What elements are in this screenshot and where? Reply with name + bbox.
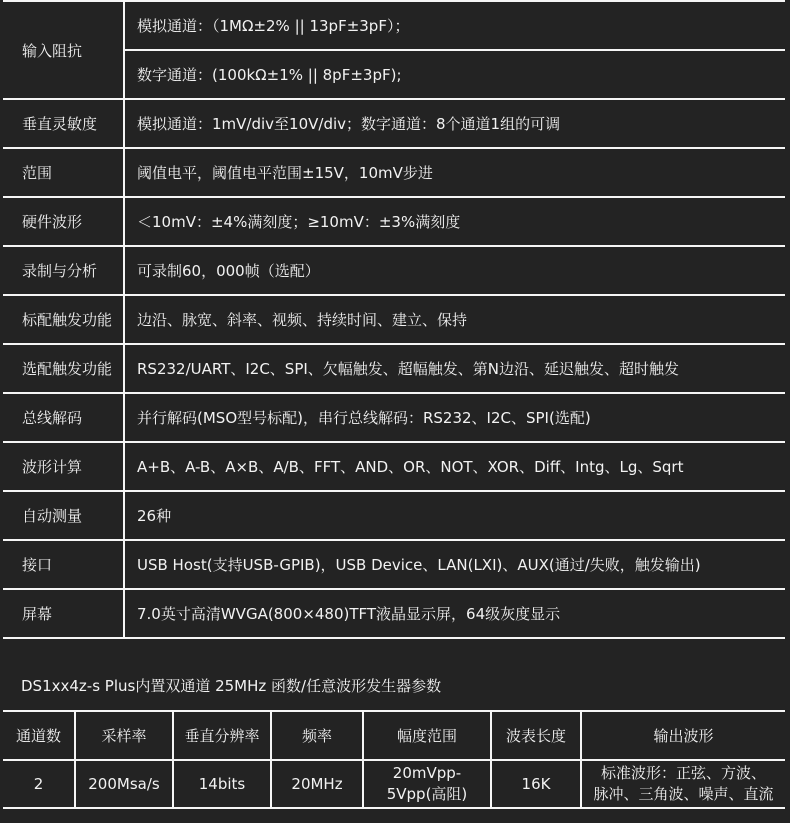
header-frequency: 频率	[271, 711, 363, 760]
header-amplitude-range: 幅度范围	[363, 711, 491, 760]
table-row: 硬件波形 ＜10mV：±4%满刻度；≥10mV：±3%满刻度	[3, 197, 785, 246]
output-line-2: 脉冲、三角波、噪声、直流	[582, 784, 785, 805]
spec-key: 接口	[3, 540, 124, 589]
spec-key: 总线解码	[3, 393, 124, 442]
spec-key: 屏幕	[3, 589, 124, 638]
spec-key: 标配触发功能	[3, 295, 124, 344]
spec-value: 阈值电平，阈值电平范围±15V，10mV步进	[124, 148, 785, 197]
spec-value: 数字通道：(100kΩ±1% || 8pF±3pF);	[124, 50, 785, 99]
output-line-1: 标准波形：正弦、方波、	[582, 763, 785, 784]
table-row: 屏幕 7.0英寸高清WVGA(800×480)TFT液晶显示屏，64级灰度显示	[3, 589, 785, 638]
spec-value: 26种	[124, 491, 785, 540]
spec-value: 并行解码(MSO型号标配)，串行总线解码：RS232、I2C、SPI(选配)	[124, 393, 785, 442]
table-row: 范围 阈值电平，阈值电平范围±15V，10mV步进	[3, 148, 785, 197]
generator-table: 通道数 采样率 垂直分辨率 频率 幅度范围 波表长度 输出波形 2 200Msa…	[3, 710, 785, 809]
table-header-row: 通道数 采样率 垂直分辨率 频率 幅度范围 波表长度 输出波形	[3, 711, 785, 760]
spec-value: 边沿、脉宽、斜率、视频、持续时间、建立、保持	[124, 295, 785, 344]
spec-table: 输入阻抗 模拟通道：（1MΩ±2% || 13pF±3pF）； 数字通道：(10…	[3, 0, 785, 639]
spec-key: 硬件波形	[3, 197, 124, 246]
spec-key: 录制与分析	[3, 246, 124, 295]
table-row: 总线解码 并行解码(MSO型号标配)，串行总线解码：RS232、I2C、SPI(…	[3, 393, 785, 442]
table-row: 接口 USB Host(支持USB-GPIB)，USB Device、LAN(L…	[3, 540, 785, 589]
spec-key: 垂直灵敏度	[3, 99, 124, 148]
spec-value: 7.0英寸高清WVGA(800×480)TFT液晶显示屏，64级灰度显示	[124, 589, 785, 638]
header-channels: 通道数	[3, 711, 75, 760]
table-row: 自动测量 26种	[3, 491, 785, 540]
header-waveform-length: 波表长度	[491, 711, 581, 760]
table-row: 波形计算 A+B、A-B、A×B、A/B、FFT、AND、OR、NOT、XOR、…	[3, 442, 785, 491]
table-row: 输入阻抗 模拟通道：（1MΩ±2% || 13pF±3pF）；	[3, 1, 785, 50]
spec-value: RS232/UART、I2C、SPI、欠幅触发、超幅触发、第N边沿、延迟触发、超…	[124, 344, 785, 393]
spec-value: ＜10mV：±4%满刻度；≥10mV：±3%满刻度	[124, 197, 785, 246]
amplitude-line-1: 20mVpp-	[364, 763, 490, 784]
cell-output-waveform: 标准波形：正弦、方波、 脉冲、三角波、噪声、直流	[581, 760, 785, 808]
table-row: 录制与分析 可录制60，000帧（选配）	[3, 246, 785, 295]
spec-value: 模拟通道：（1MΩ±2% || 13pF±3pF）；	[124, 1, 785, 50]
table-row: 垂直灵敏度 模拟通道：1mV/div至10V/div；数字通道：8个通道1组的可…	[3, 99, 785, 148]
cell-waveform-length: 16K	[491, 760, 581, 808]
cell-amplitude-range: 20mVpp- 5Vpp(高阻)	[363, 760, 491, 808]
spec-value: 可录制60，000帧（选配）	[124, 246, 785, 295]
generator-title: DS1xx4z-s Plus内置双通道 25MHz 函数/任意波形发生器参数	[21, 662, 441, 710]
header-vertical-resolution: 垂直分辨率	[173, 711, 271, 760]
table-row: 2 200Msa/s 14bits 20MHz 20mVpp- 5Vpp(高阻)…	[3, 760, 785, 808]
amplitude-line-2: 5Vpp(高阻)	[364, 784, 490, 805]
cell-channels: 2	[3, 760, 75, 808]
header-output-waveform: 输出波形	[581, 711, 785, 760]
spec-value: 模拟通道：1mV/div至10V/div；数字通道：8个通道1组的可调	[124, 99, 785, 148]
spec-key: 选配触发功能	[3, 344, 124, 393]
table-row: 标配触发功能 边沿、脉宽、斜率、视频、持续时间、建立、保持	[3, 295, 785, 344]
spec-value: A+B、A-B、A×B、A/B、FFT、AND、OR、NOT、XOR、Diff、…	[124, 442, 785, 491]
cell-frequency: 20MHz	[271, 760, 363, 808]
table-row: 选配触发功能 RS232/UART、I2C、SPI、欠幅触发、超幅触发、第N边沿…	[3, 344, 785, 393]
spec-key: 自动测量	[3, 491, 124, 540]
spec-key: 波形计算	[3, 442, 124, 491]
cell-sample-rate: 200Msa/s	[75, 760, 173, 808]
spec-key: 输入阻抗	[3, 1, 124, 99]
cell-vertical-resolution: 14bits	[173, 760, 271, 808]
spec-key: 范围	[3, 148, 124, 197]
header-sample-rate: 采样率	[75, 711, 173, 760]
spec-value: USB Host(支持USB-GPIB)，USB Device、LAN(LXI)…	[124, 540, 785, 589]
